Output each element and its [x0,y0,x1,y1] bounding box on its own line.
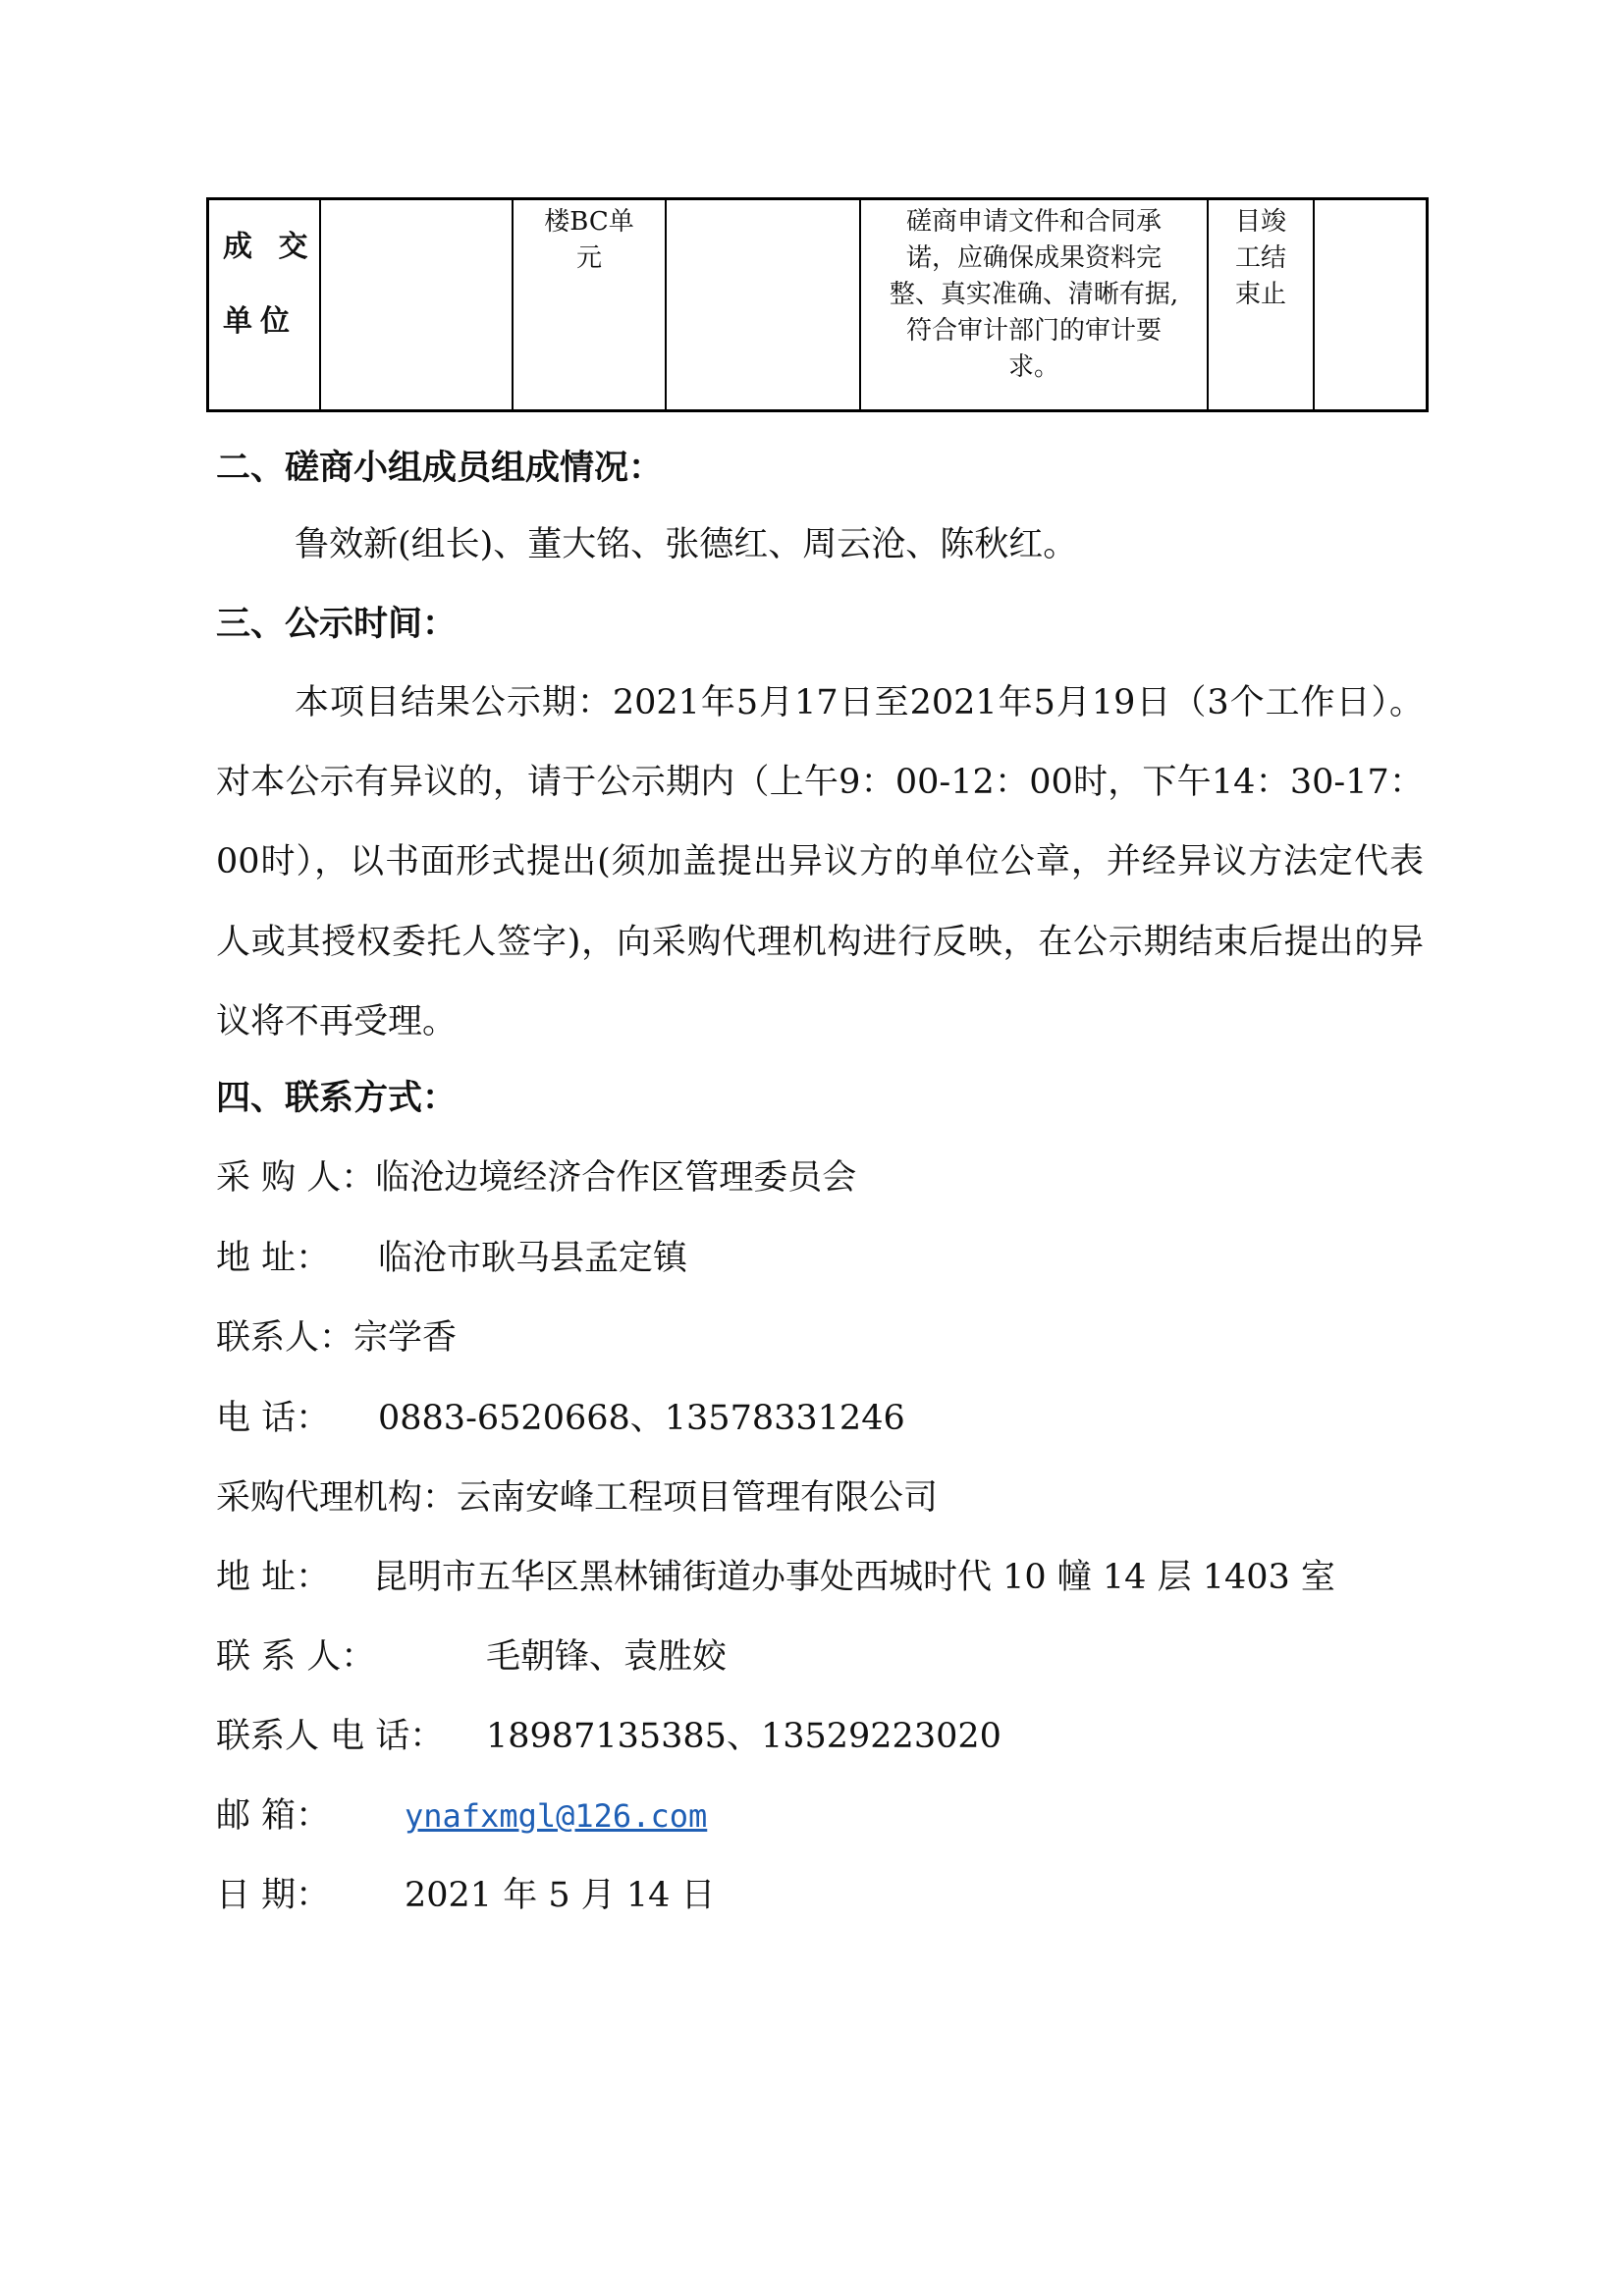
row-header-line-1: 成 交 [223,210,319,285]
email-row: 邮 箱：ynafxmgl@126.com [216,1794,707,1838]
result-table: 成 交 单位 楼BC单 元 磋商申请文件和合同承 诺，应确保成果资料完 整、真实… [206,197,1429,412]
requirements-line-1: 磋商申请文件和合同承 [871,204,1197,240]
date-row: 日 期：2021 年 5 月 14 日 [216,1874,716,1917]
agency-phone-label: 联系人 电 话： [216,1715,486,1758]
table-cell-1 [319,200,512,409]
purchaser-phone-value: 0883-6520668、13578331246 [378,1399,905,1438]
purchaser-phone-label: 电 话： [216,1397,378,1440]
purchaser-contact-row: 联系人：宗学香 [216,1316,457,1360]
requirements-line-3: 整、真实准确、清晰有据, [871,277,1197,313]
date-value: 2021 年 5 月 14 日 [405,1876,716,1915]
section4-heading: 四、联系方式： [216,1077,457,1120]
purchaser-label: 采 购 人： [216,1158,375,1198]
purchaser-address-row: 地 址：临沧市耿马县孟定镇 [216,1237,687,1280]
purchaser-contact-value: 宗学香 [353,1318,457,1358]
agency-phone-value: 18987135385、13529223020 [486,1717,1001,1756]
row-header-line-2: 单位 [223,285,319,359]
table-cell-3 [665,200,859,409]
agency-contact-value: 毛朝锋、袁胜姣 [486,1637,727,1677]
section2-heading: 二、磋商小组成员组成情况： [216,447,663,490]
panel-members: 鲁效新(组长)、董大铭、张德红、周云沧、陈秋红。 [295,523,1077,566]
table-cell-7 [1313,200,1426,409]
location-line-2: 元 [514,240,665,277]
agency-contact-label: 联 系 人： [216,1635,486,1679]
agency-phone-row: 联系人 电 话：18987135385、13529223020 [216,1715,1001,1758]
requirements-line-5: 求。 [871,349,1197,386]
agency-address-label: 地 址： [216,1556,373,1599]
agency-label: 采购代理机构： [216,1478,457,1518]
period-line-2: 工结 [1209,240,1313,277]
table-cell-location: 楼BC单 元 [512,200,665,409]
date-label: 日 期： [216,1874,405,1917]
agency-contact-row: 联 系 人：毛朝锋、袁胜姣 [216,1635,727,1679]
location-line-1: 楼BC单 [514,204,665,240]
purchaser-address-label: 地 址： [216,1237,378,1280]
section3-heading: 三、公示时间： [216,603,457,646]
agency-address-value: 昆明市五华区黑林铺街道办事处西城时代 10 幢 14 层 1403 室 [373,1558,1335,1597]
requirements-line-4: 符合审计部门的审计要 [871,313,1197,349]
agency-address-row: 地 址：昆明市五华区黑林铺街道办事处西城时代 10 幢 14 层 1403 室 [216,1556,1335,1599]
requirements-line-2: 诺，应确保成果资料完 [871,240,1197,277]
period-line-3: 束止 [1209,277,1313,313]
purchaser-row: 采 购 人：临沧边境经济合作区管理委员会 [216,1156,856,1200]
email-link[interactable]: ynafxmgl@126.com [405,1797,707,1835]
email-label: 邮 箱： [216,1794,405,1838]
table-cell-period: 目竣 工结 束止 [1207,200,1313,409]
table-cell-requirements: 磋商申请文件和合同承 诺，应确保成果资料完 整、真实准确、清晰有据, 符合审计部… [859,200,1207,409]
purchaser-address-value: 临沧市耿马县孟定镇 [378,1239,687,1278]
purchaser-phone-row: 电 话：0883-6520668、13578331246 [216,1397,905,1440]
agency-row: 采购代理机构：云南安峰工程项目管理有限公司 [216,1476,938,1520]
agency-value: 云南安峰工程项目管理有限公司 [457,1478,938,1518]
period-line-1: 目竣 [1209,204,1313,240]
purchaser-value: 临沧边境经济合作区管理委员会 [375,1158,856,1198]
purchaser-contact-label: 联系人： [216,1318,353,1358]
row-header-cell: 成 交 单位 [209,200,319,409]
notice-paragraph: 本项目结果公示期：2021年5月17日至2021年5月19日（3个工作日）。对本… [216,664,1424,1062]
